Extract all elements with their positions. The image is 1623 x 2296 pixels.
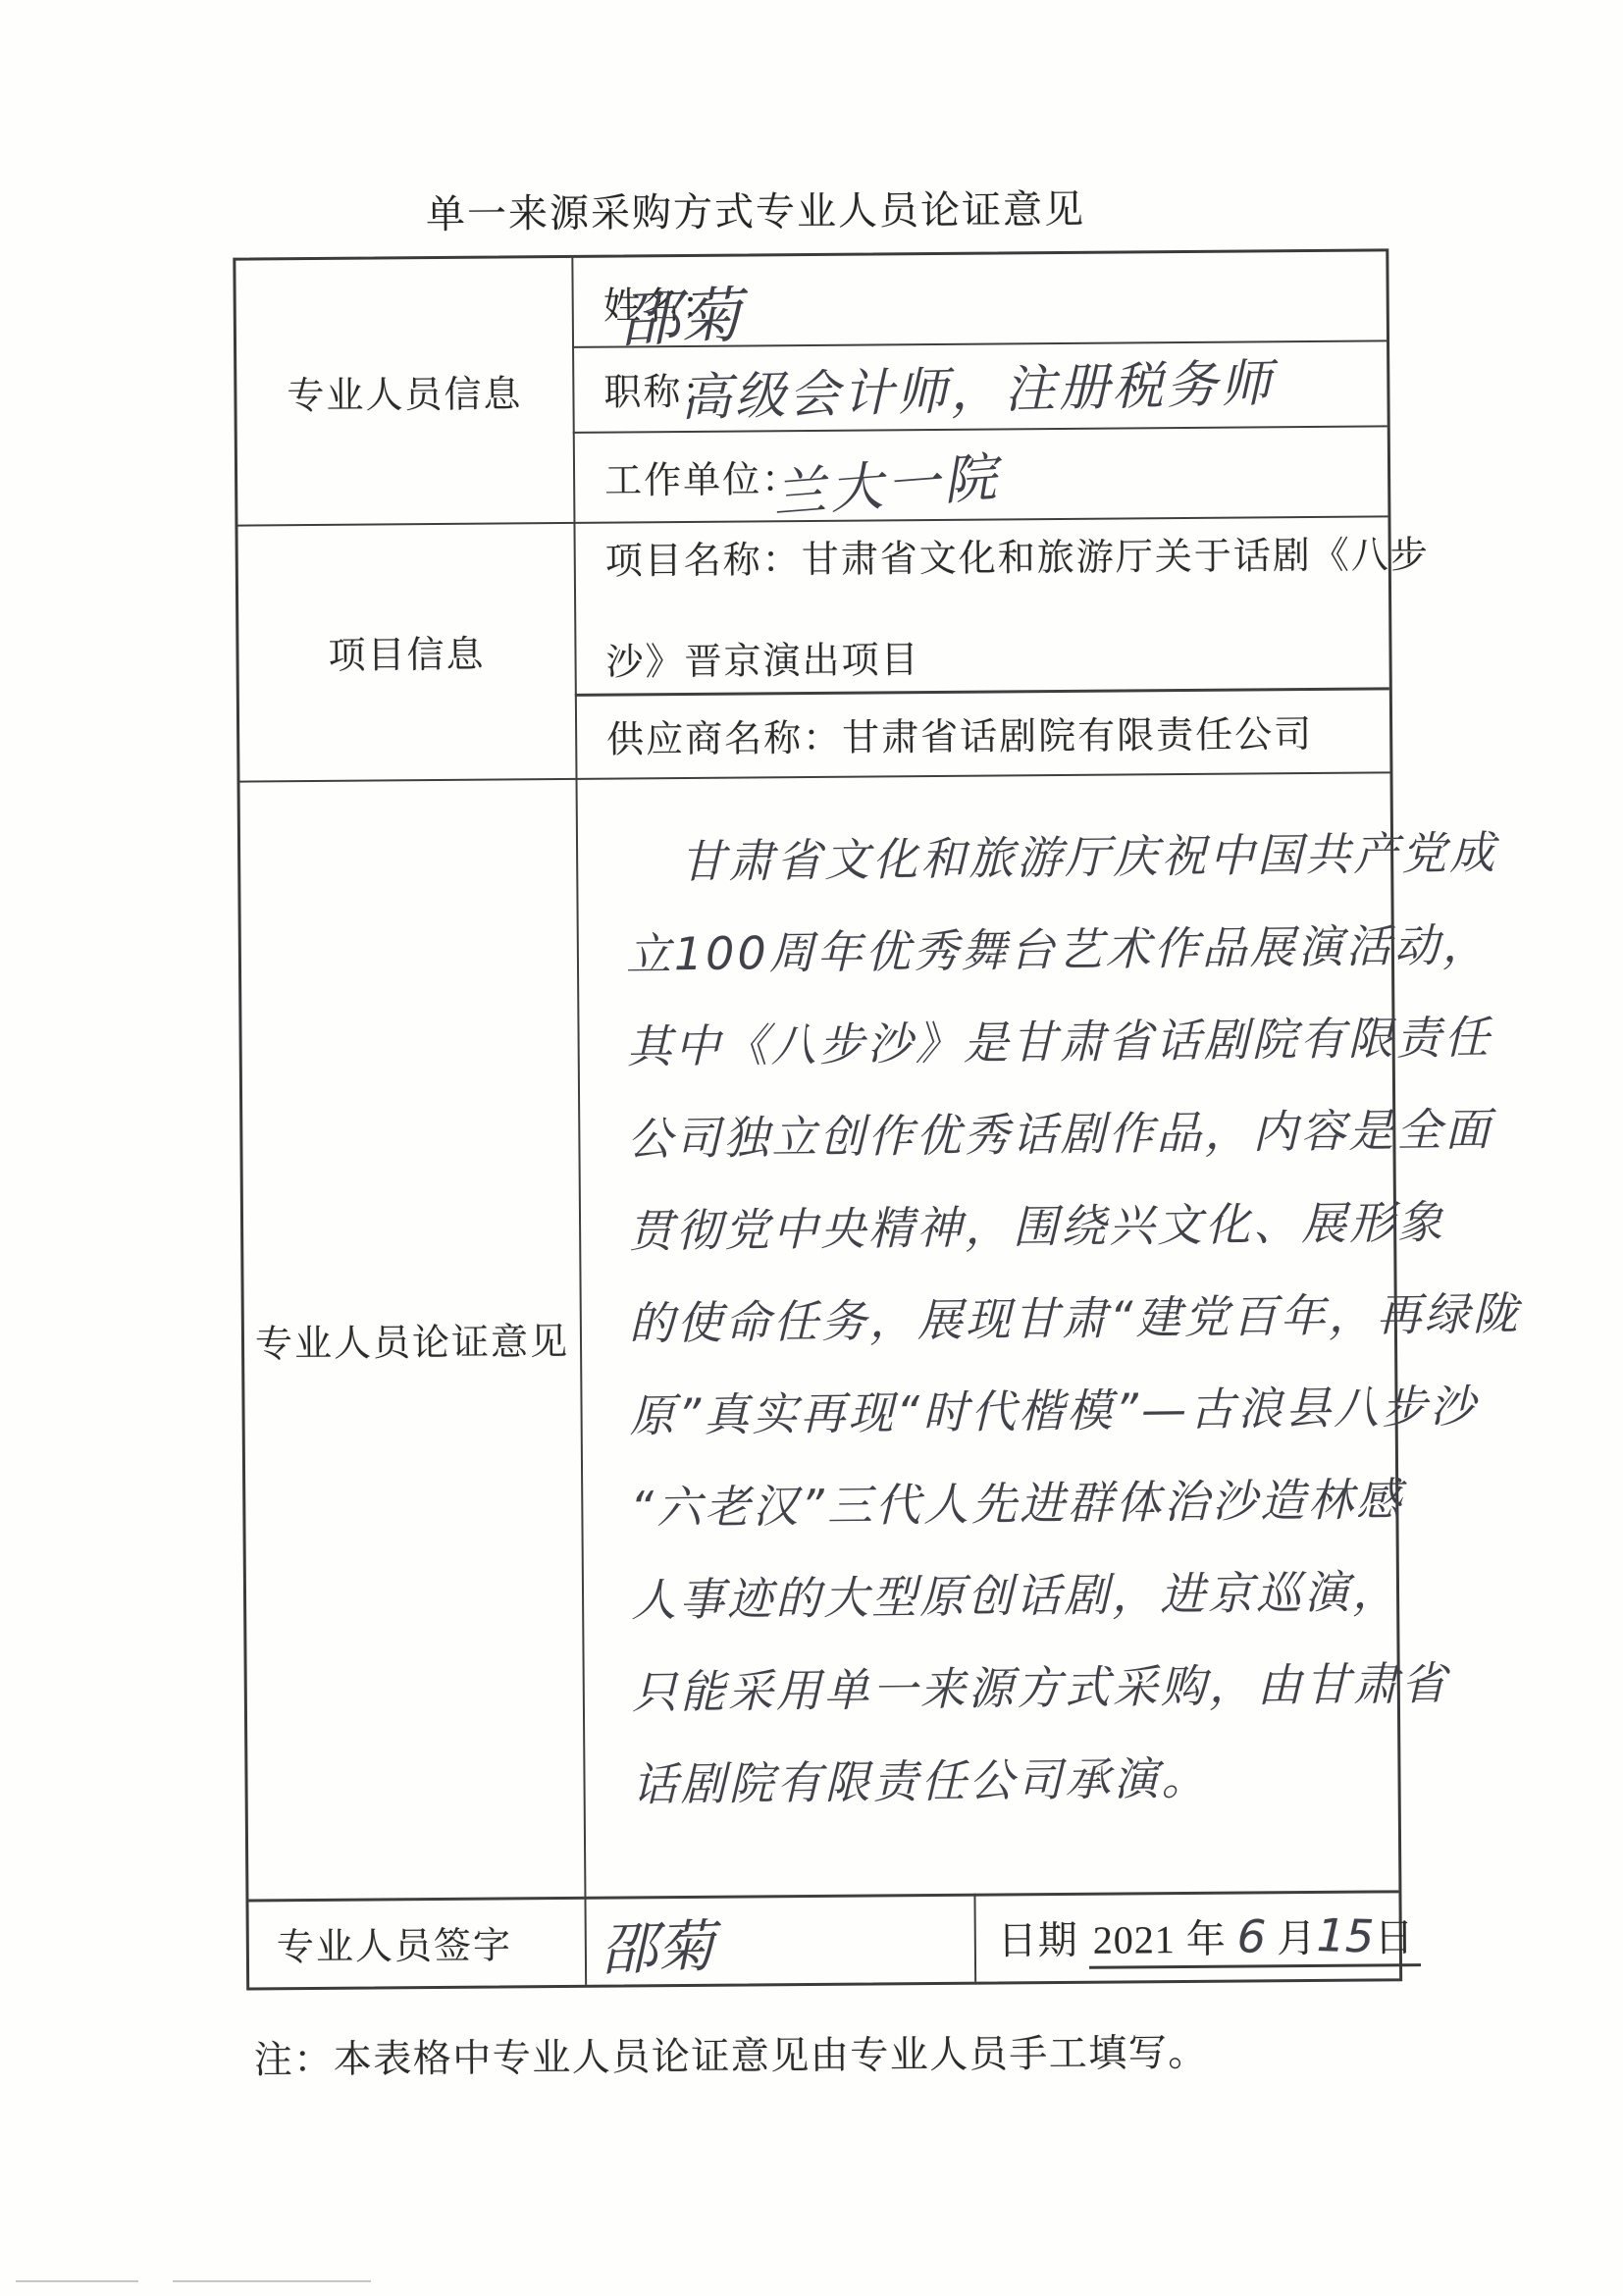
section-cell-personnel: 专业人员信息 — [236, 258, 573, 525]
supplier-line: 供应商名称：甘肃省话剧院有限责任公司 — [606, 703, 1313, 762]
title-value-handwritten: 高级会计师，注册税务师 — [680, 341, 1276, 430]
date-month-char: 月 — [1266, 1915, 1317, 1959]
signature-label: 专业人员签字 — [277, 1914, 512, 1970]
date-underlined-value: 2021 年 6 月15日 — [1089, 1915, 1421, 1969]
section-cell-opinion: 专业人员论证意见 — [240, 778, 585, 1900]
opinion-line: 话剧院有限责任公司承演。 — [632, 1747, 1393, 1848]
date-year: 2021 — [1093, 1917, 1176, 1962]
opinion-line: 公司独立创作优秀话剧作品，内容是全面 — [627, 1101, 1388, 1202]
opinion-line: “六老汉”三代人先进群体治沙造林感 — [630, 1470, 1391, 1571]
project-name-cell: 项目名称：甘肃省文化和旅游厅关于话剧《八步 沙》晋京演出项目 — [573, 515, 1388, 694]
opinion-line: 人事迹的大型原创话剧，进京巡演， — [631, 1562, 1392, 1663]
date-day-handwritten: 15 — [1317, 1919, 1375, 1951]
opinion-line: 只能采用单一来源方式采购，由甘肃省 — [631, 1654, 1392, 1755]
project-name-line2: 沙》晋京演出项目 — [605, 625, 1430, 686]
date-day-char: 日 — [1374, 1915, 1414, 1959]
section-cell-project: 项目信息 — [237, 522, 575, 781]
opinion-line: 立100周年优秀舞台艺术作品展演活动， — [626, 916, 1387, 1018]
opinion-line: 的使命任务，展现甘肃“建党百年，再绿陇 — [628, 1285, 1389, 1386]
date-cell: 日期 2021 年 6 月15日 — [973, 1890, 1399, 1981]
opinion-line: 贯彻党中央精神，围绕兴文化、展形象 — [628, 1193, 1389, 1294]
section-label-personnel: 专业人员信息 — [287, 363, 522, 419]
scan-artifact-line — [173, 2280, 371, 2282]
section-label-opinion: 专业人员论证意见 — [255, 1310, 569, 1367]
date-month-handwritten: 6 — [1236, 1921, 1266, 1952]
scanned-page: 单一来源采购方式专业人员论证意见 专业人员信息 项目信息 专业人员论证意见 专业… — [0, 0, 1623, 2296]
signature-value-handwritten: 邵菊 — [599, 1900, 715, 1986]
section-cell-signature: 专业人员签字 — [248, 1897, 585, 1988]
date-field: 日期 2021 年 6 月15日 — [998, 1906, 1421, 1965]
project-name-line1: 项目名称：甘肃省文化和旅游厅关于话剧《八步 — [605, 524, 1430, 585]
scan-artifact-line — [16, 2280, 138, 2282]
section-label-project: 项目信息 — [328, 624, 485, 679]
supplier-cell: 供应商名称：甘肃省话剧院有限责任公司 — [575, 687, 1390, 778]
opinion-line: 原”真实再现“时代楷模”—古浪县八步沙 — [629, 1378, 1390, 1479]
opinion-handwritten-text: 甘肃省文化和旅游厅庆祝中国共产党成 立100周年优秀舞台艺术作品展演活动， 其中… — [625, 825, 1393, 1846]
date-label: 日期 — [998, 1917, 1089, 1962]
form-table: 专业人员信息 项目信息 专业人员论证意见 专业人员签字 姓名： 邵菊 职称： 高… — [233, 248, 1402, 1990]
footnote: 注：本表格中专业人员论证意见由专业人员手工填写。 — [254, 2022, 1208, 2085]
opinion-line: 其中《八步沙》是甘肃省话剧院有限责任 — [626, 1009, 1387, 1110]
page-title: 单一来源采购方式专业人员论证意见 — [0, 175, 1517, 242]
opinion-line: 甘肃省文化和旅游厅庆祝中国共产党成 — [625, 824, 1387, 925]
date-year-char: 年 — [1176, 1916, 1237, 1960]
